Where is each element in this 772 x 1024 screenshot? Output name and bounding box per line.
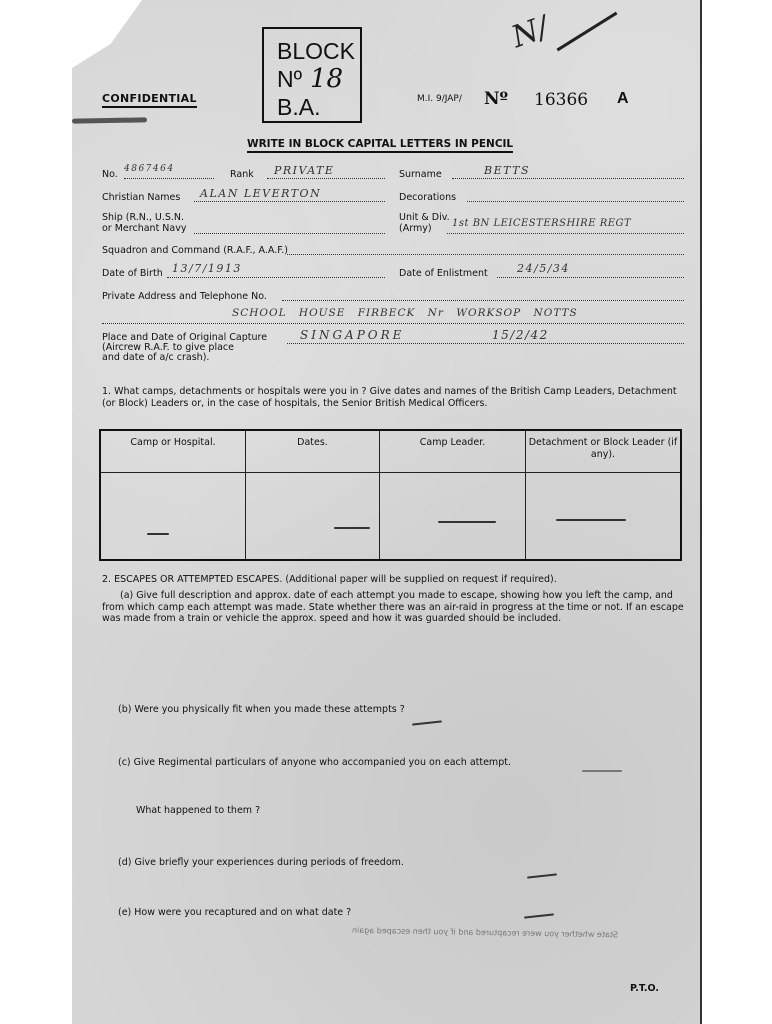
capture-place-value: SINGAPORE [300,328,404,342]
cell-block-leader[interactable] [526,473,682,561]
decorations-field[interactable] [467,191,684,202]
surname-label: Surname [399,169,442,180]
dash-mark [147,533,169,535]
question-1-text: 1. What camps, detachments or hospitals … [102,386,692,410]
ship-field[interactable] [194,223,385,234]
unit-value: 1st BN LEICESTERSHIRE REGT [452,218,631,229]
pencil-mark [412,720,442,725]
pencil-mark [582,770,622,772]
cell-camp-leader[interactable] [380,473,526,561]
question-2c-text: (c) Give Regimental particulars of anyon… [118,757,511,769]
cell-dates[interactable] [246,473,380,561]
classification-label: CONFIDENTIAL [102,92,197,108]
surname-value: BETTS [484,164,530,177]
please-turn-over-label: P.T.O. [630,983,659,994]
question-2d-text: (d) Give briefly your experiences during… [118,857,404,869]
mi-reference: M.I. 9/JAP/ [417,94,462,104]
dash-mark [438,521,496,523]
block-stamp-line1: BLOCK [277,37,360,65]
pencil-tick-mark [557,12,618,52]
no-label: No. [102,169,118,180]
question-2c-followup-text: What happened to them ? [136,805,260,817]
torn-corner [72,0,142,80]
dash-mark [556,519,626,521]
rank-label: Rank [230,169,254,180]
address-value: SCHOOL HOUSE FIRBECK Nr WORKSOP NOTTS [232,307,578,319]
date-of-enlistment-value: 24/5/34 [517,262,570,275]
date-of-enlistment-label: Date of Enlistment [399,268,488,279]
capture-label: Place and Date of Original Capture (Airc… [102,333,267,363]
cell-camp[interactable] [100,473,246,561]
unit-label: Unit & Div.(Army) [399,212,450,234]
pencil-mark [524,913,554,918]
column-header-dates: Dates. [246,430,380,473]
date-of-birth-label: Date of Birth [102,268,163,279]
squadron-field[interactable] [287,244,684,255]
column-header-camp: Camp or Hospital. [100,430,246,473]
squadron-label: Squadron and Command (R.A.F., A.A.F.) [102,245,288,256]
form-instruction: WRITE IN BLOCK CAPITAL LETTERS IN PENCIL [247,138,513,153]
block-stamp-box: BLOCK Nº18 B.A. [262,27,362,123]
question-2e-text: (e) How were you recaptured and on what … [118,907,351,919]
camps-table: Camp or Hospital. Dates. Camp Leader. De… [99,429,682,561]
date-of-birth-value: 13/7/1913 [172,262,242,275]
address-label: Private Address and Telephone No. [102,291,267,302]
paper-tear [72,117,147,123]
question-2a-text: (a) Give full description and approx. da… [102,590,692,625]
rank-value: PRIVATE [274,164,334,177]
christian-names-value: ALAN LEVERTON [200,187,321,200]
pencil-mark [527,873,557,878]
dash-mark [334,527,370,529]
document-suffix: A [617,90,629,108]
column-header-camp-leader: Camp Leader. [380,430,526,473]
question-2-title: 2. ESCAPES OR ATTEMPTED ESCAPES. (Additi… [102,574,692,586]
block-stamp-line3: B.A. [277,93,360,121]
capture-date-value: 15/2/42 [492,328,549,342]
no-value: 4867464 [124,164,175,174]
show-through-text: State whether you were recaptured and if… [352,926,618,940]
block-stamp-line2: Nº18 [277,65,360,93]
column-header-block-leader: Detachment or Block Leader (if any). [526,430,682,473]
block-number-handwritten: 18 [310,64,343,94]
number-label: Nº [484,89,508,109]
document-number: 16366 [534,90,588,110]
table-row [100,473,681,561]
pencil-annotation: N/ [507,10,553,55]
decorations-label: Decorations [399,192,456,203]
christian-names-label: Christian Names [102,192,180,203]
address-field-line1[interactable] [282,290,684,301]
question-2b-text: (b) Were you physically fit when you mad… [118,704,405,716]
ship-label: Ship (R.N., U.S.N.or Merchant Navy [102,212,186,234]
document-page: CONFIDENTIAL BLOCK Nº18 B.A. N/ M.I. 9/J… [72,0,702,1024]
